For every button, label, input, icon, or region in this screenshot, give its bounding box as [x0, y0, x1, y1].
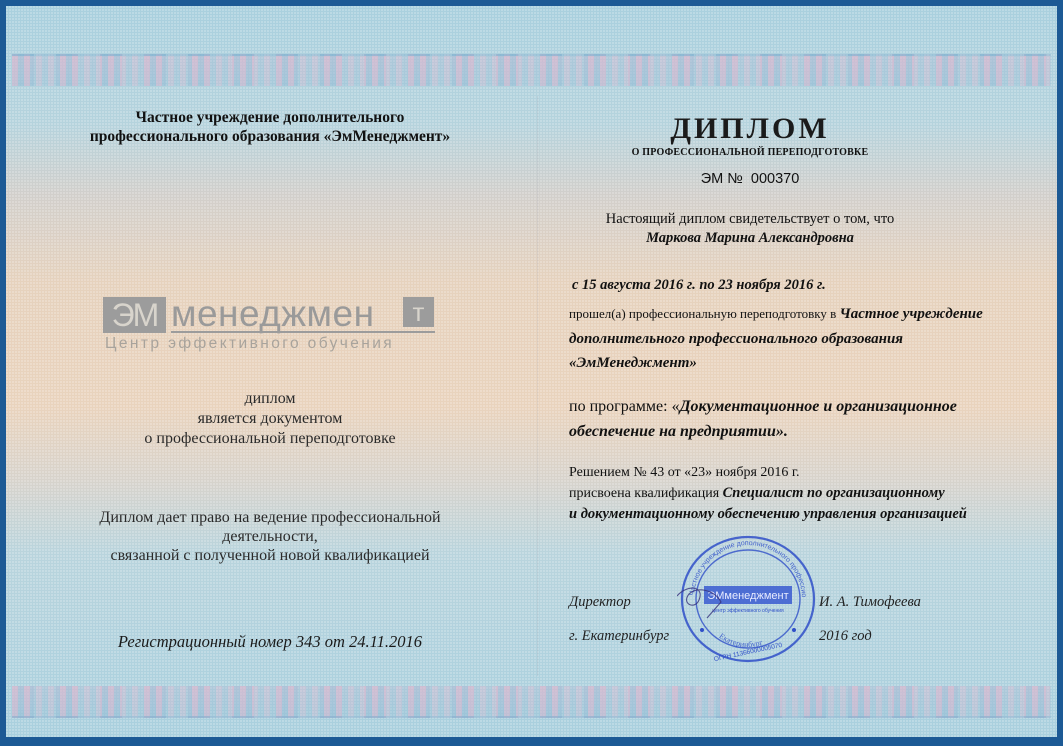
diploma-title: ДИПЛОМ: [560, 112, 940, 146]
program-name-line-2: обеспечение на предприятии».: [569, 419, 1009, 444]
registration-number: Регистрационный номер 343 от 24.11.2016: [60, 632, 480, 652]
qualification-prefix: присвоена квалификация: [569, 486, 723, 501]
institution-line-1: Частное учреждение: [840, 306, 983, 322]
city: г. Екатеринбург: [569, 628, 669, 645]
certifies-text: Настоящий диплом свидетельствует о том, …: [560, 211, 940, 228]
logo-rule: [171, 331, 435, 333]
qualification-statement: Решением № 43 от «23» ноября 2016 г. при…: [569, 463, 1019, 524]
training-statement: прошел(а) профессиональную переподготовк…: [569, 302, 1009, 375]
rights-statement: Диплом дает право на ведение профессиона…: [60, 508, 480, 565]
rights-line: связанной с полученной новой квалификаци…: [60, 546, 480, 565]
rights-line: Диплом дает право на ведение профессиона…: [60, 508, 480, 527]
institution-line-2: дополнительного профессионального образо…: [569, 327, 1009, 351]
decorative-lace-border-top: [12, 54, 1051, 86]
serial-number: ЭМ № 000370: [560, 171, 940, 187]
director-label: Директор: [569, 594, 631, 611]
program-statement: по программе: «Документационное и органи…: [569, 394, 1009, 444]
official-stamp: Частное учреждение дополнительного профе…: [677, 534, 819, 664]
logo-em-mark: ЭМ: [103, 297, 166, 333]
decision-text: Решением № 43 от «23» ноября 2016 г.: [569, 463, 1019, 483]
page-fold: [537, 96, 538, 676]
organization-line-2: профессионального образования «ЭмМенеджм…: [40, 127, 500, 146]
decorative-lace-border-bottom: [12, 686, 1051, 718]
year: 2016 год: [819, 628, 872, 645]
institution-line-3: «ЭмМенеджмент»: [569, 351, 1009, 375]
document-note-line: диплом: [80, 389, 460, 409]
document-note-line: является документом: [80, 409, 460, 429]
recipient-name: Маркова Марина Александровна: [560, 230, 940, 247]
training-period: с 15 августа 2016 г. по 23 ноября 2016 г…: [572, 277, 826, 294]
logo-wordmark: менеджмен: [171, 294, 375, 334]
qualification-line-2: и документационному обеспечению управлен…: [569, 504, 1019, 524]
diploma-subtitle: О ПРОФЕССИОНАЛЬНОЙ ПЕРЕПОДГОТОВКЕ: [560, 147, 940, 158]
director-name: И. А. Тимофеева: [819, 594, 921, 611]
logo-tagline: Центр эффективного обучения: [105, 335, 435, 353]
program-prefix: по программе: «: [569, 398, 680, 415]
stamp-seal-icon: Частное учреждение дополнительного профе…: [677, 534, 819, 664]
organization-line-1: Частное учреждение дополнительного: [40, 108, 500, 127]
rights-line: деятельности,: [60, 527, 480, 546]
stamp-logo-sub: центр эффективного обучения: [712, 608, 784, 614]
program-name-line-1: Документационное и организационное: [680, 398, 957, 415]
document-note-line: о профессиональной переподготовке: [80, 429, 460, 449]
logo-t-mark: т: [403, 297, 434, 327]
issuing-organization: Частное учреждение дополнительного профе…: [40, 108, 500, 146]
document-note: диплом является документом о профессиона…: [80, 389, 460, 449]
passed-prefix: прошел(а) профессиональную переподготовк…: [569, 306, 840, 321]
qualification-line-1: Специалист по организационному: [723, 485, 945, 501]
organization-logo: ЭМ менеджмен т Центр эффективного обучен…: [103, 297, 435, 355]
